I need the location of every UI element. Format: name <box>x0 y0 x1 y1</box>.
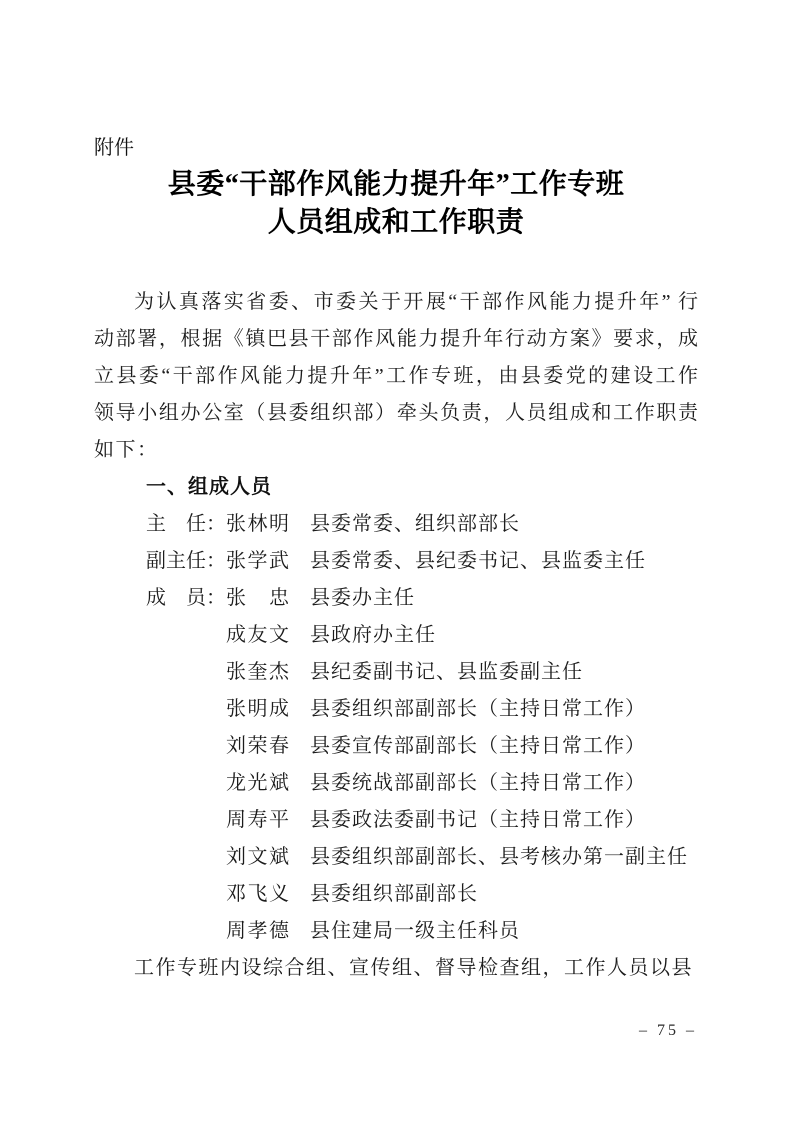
member-title: 县委组织部副部长、县考核办第一副主任 <box>310 839 698 876</box>
member-row: 周寿平 县委政法委副书记（主持日常工作） <box>94 802 698 839</box>
document-title-line1: 县委“干部作风能力提升年”工作专班 <box>94 166 698 204</box>
member-row: 成友文 县政府办主任 <box>94 617 698 654</box>
intro-line: 为认真落实省委、市委关于开展“干部作风能力提升年” 行 <box>94 284 698 321</box>
member-role <box>146 876 226 913</box>
member-title: 县委办主任 <box>310 580 698 617</box>
member-role <box>146 802 226 839</box>
member-row: 刘荣春 县委宣传部副部长（主持日常工作） <box>94 728 698 765</box>
member-name: 刘荣春 <box>226 728 310 765</box>
member-title: 县纪委副书记、县监委副主任 <box>310 654 698 691</box>
member-name: 邓飞义 <box>226 876 310 913</box>
member-row: 龙光斌 县委统战部副部长（主持日常工作） <box>94 765 698 802</box>
member-row: 周孝德 县住建局一级主任科员 <box>94 913 698 950</box>
member-row: 主 任： 张林明 县委常委、组织部部长 <box>94 506 698 543</box>
member-role <box>146 913 226 950</box>
intro-line: 领导小组办公室（县委组织部）牵头负责，人员组成和工作职责 <box>94 395 698 432</box>
document-title: 县委“干部作风能力提升年”工作专班 人员组成和工作职责 <box>94 166 698 242</box>
member-role <box>146 654 226 691</box>
closing-paragraph: 工作专班内设综合组、宣传组、督导检查组，工作人员以县 <box>94 950 698 987</box>
section-heading: 一、组成人员 <box>94 469 698 506</box>
member-title: 县委组织部副部长（主持日常工作） <box>310 691 698 728</box>
member-name: 周孝德 <box>226 913 310 950</box>
document-content: 附件 县委“干部作风能力提升年”工作专班 人员组成和工作职责 为认真落实省委、市… <box>94 134 698 987</box>
member-title: 县住建局一级主任科员 <box>310 913 698 950</box>
member-list: 主 任： 张林明 县委常委、组织部部长 副主任： 张学武 县委常委、县纪委书记、… <box>94 506 698 950</box>
member-role <box>146 691 226 728</box>
intro-line: 动部署，根据《镇巴县干部作风能力提升年行动方案》要求，成 <box>94 321 698 358</box>
member-title: 县委统战部副部长（主持日常工作） <box>310 765 698 802</box>
member-role <box>146 617 226 654</box>
member-role: 副主任： <box>146 543 226 580</box>
member-name: 龙光斌 <box>226 765 310 802</box>
document-title-line2: 人员组成和工作职责 <box>94 204 698 242</box>
member-name: 周寿平 <box>226 802 310 839</box>
member-row: 刘文斌 县委组织部副部长、县考核办第一副主任 <box>94 839 698 876</box>
intro-line: 立县委“干部作风能力提升年”工作专班，由县委党的建设工作 <box>94 358 698 395</box>
member-role: 主 任： <box>146 506 226 543</box>
document-page: 附件 县委“干部作风能力提升年”工作专班 人员组成和工作职责 为认真落实省委、市… <box>0 0 793 1122</box>
member-role <box>146 765 226 802</box>
member-role <box>146 839 226 876</box>
member-name: 张明成 <box>226 691 310 728</box>
intro-paragraph: 为认真落实省委、市委关于开展“干部作风能力提升年” 行 动部署，根据《镇巴县干部… <box>94 284 698 469</box>
intro-line: 如下： <box>94 432 698 469</box>
member-title: 县委常委、组织部部长 <box>310 506 698 543</box>
member-title: 县委组织部副部长 <box>310 876 698 913</box>
member-row: 邓飞义 县委组织部副部长 <box>94 876 698 913</box>
member-title: 县委宣传部副部长（主持日常工作） <box>310 728 698 765</box>
member-name: 张 忠 <box>226 580 310 617</box>
member-title: 县政府办主任 <box>310 617 698 654</box>
page-number: – 75 – <box>639 1021 697 1041</box>
member-row: 成 员： 张 忠 县委办主任 <box>94 580 698 617</box>
member-row: 副主任： 张学武 县委常委、县纪委书记、县监委主任 <box>94 543 698 580</box>
member-row: 张奎杰 县纪委副书记、县监委副主任 <box>94 654 698 691</box>
member-role: 成 员： <box>146 580 226 617</box>
member-row: 张明成 县委组织部副部长（主持日常工作） <box>94 691 698 728</box>
member-title: 县委常委、县纪委书记、县监委主任 <box>310 543 698 580</box>
member-title: 县委政法委副书记（主持日常工作） <box>310 802 698 839</box>
member-name: 刘文斌 <box>226 839 310 876</box>
attachment-label: 附件 <box>94 134 698 162</box>
member-name: 成友文 <box>226 617 310 654</box>
member-name: 张奎杰 <box>226 654 310 691</box>
member-name: 张林明 <box>226 506 310 543</box>
member-role <box>146 728 226 765</box>
member-name: 张学武 <box>226 543 310 580</box>
